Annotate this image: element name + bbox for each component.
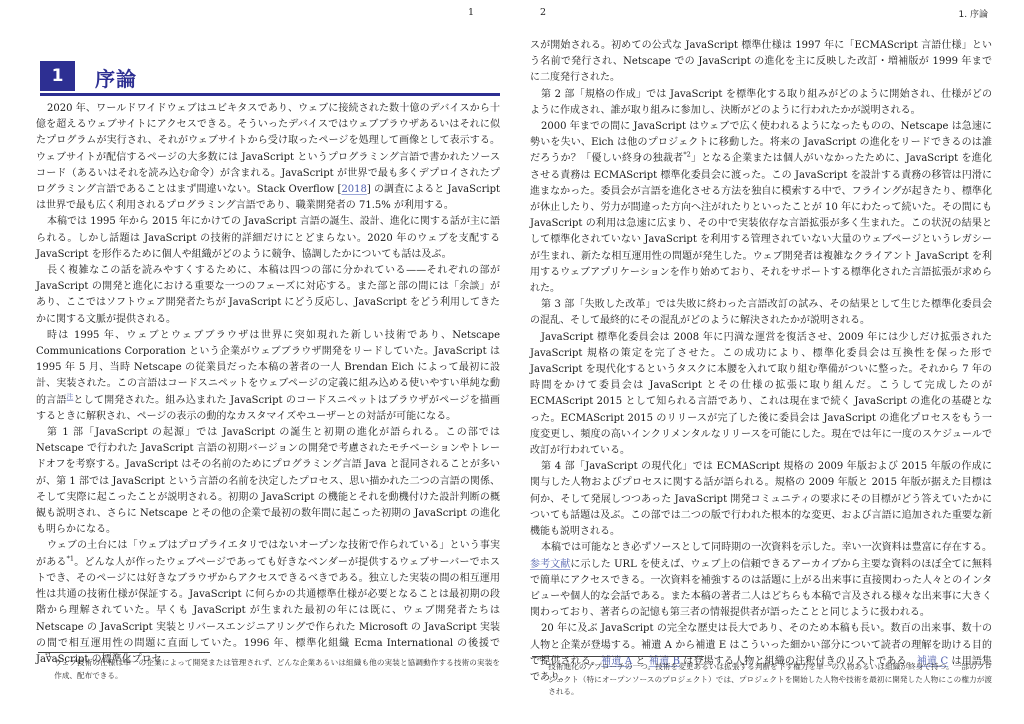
footnote-text: ウェブ技術の仕様は単一の企業によって開発または管理されず、どんな企業あるいは組織… bbox=[54, 657, 500, 682]
text-run: 2020 年、ワールドワイドウェブはユビキタスであり、ウェブに接続された数十億の… bbox=[36, 103, 500, 195]
left-footnote-area: *1 ウェブ技術の仕様は単一の企業によって開発または管理されず、どんな企業あるい… bbox=[36, 652, 500, 682]
paragraph: 第 4 部「JavaScript の現代化」では ECMAScript 規格の … bbox=[530, 459, 992, 540]
footnote-rule bbox=[38, 652, 210, 653]
chapter-rule bbox=[40, 93, 500, 96]
text-run: 第 3 部「失敗した改革」では失敗に終わった言語改訂の試み、その結果として生じた… bbox=[530, 299, 992, 326]
paragraph: JavaScript 標準化委員会は 2008 年に円満な運営を復活させ、200… bbox=[530, 330, 992, 460]
text-run: として開発された。組み込まれた JavaScript のコードスニペットはブラウ… bbox=[36, 395, 500, 422]
paragraph: スが開始される。初めての公式な JavaScript 標準仕様は 1997 年に… bbox=[530, 38, 992, 87]
text-run: 第 2 部「規格の作成」では JavaScript を標準化する取り組みがどのよ… bbox=[530, 89, 992, 116]
footnote-marker: *1 bbox=[45, 656, 51, 682]
text-run: 本稿では可能なとき必ずソースとして同時期の一次資料を示した。幸い一次資料は豊富に… bbox=[541, 542, 992, 553]
page-number-right: 2 bbox=[540, 7, 546, 18]
paragraph: 第 2 部「規格の作成」では JavaScript を標準化する取り組みがどのよ… bbox=[530, 87, 992, 119]
inline-link[interactable]: 2018 bbox=[341, 184, 366, 195]
paragraph: 時は 1995 年、ウェブとウェブブラウザは世界に突如現れた新しい技術であり、N… bbox=[36, 328, 500, 425]
page-number-left: 1 bbox=[468, 7, 474, 18]
paragraph: 本稿では 1995 年から 2015 年にかけての JavaScript 言語の… bbox=[36, 214, 500, 263]
chapter-title: 序論 bbox=[95, 63, 137, 92]
inline-link[interactable]: 参考文献 bbox=[530, 559, 570, 570]
right-footnote-area: *2 技術進化のアプローチの一つ。技術を変更あるいは拡張する判断を下す権力を単一… bbox=[530, 656, 992, 699]
footnote: *1 ウェブ技術の仕様は単一の企業によって開発または管理されず、どんな企業あるい… bbox=[36, 657, 500, 682]
right-page-body: スが開始される。初めての公式な JavaScript 標準仕様は 1997 年に… bbox=[530, 38, 992, 686]
paragraph: 第 3 部「失敗した改革」では失敗に終わった言語改訂の試み、その結果として生じた… bbox=[530, 297, 992, 329]
footnote-rule bbox=[532, 656, 704, 657]
running-header: 1. 序論 bbox=[959, 7, 988, 20]
footnote-text: 技術進化のアプローチの一つ。技術を変更あるいは拡張する判断を下す権力を単一の人物… bbox=[548, 661, 992, 699]
chapter-number-box: 1 bbox=[40, 61, 75, 91]
text-run: 長く複雑なこの話を読みやすくするために、本稿は四つの部に分かれている——それぞれ… bbox=[36, 265, 500, 325]
text-run: 。どんな人が作ったウェブページであっても好きなベンダーが提供するウェブサーバーで… bbox=[36, 557, 500, 665]
chapter-heading: 1 序論 bbox=[40, 61, 500, 92]
text-run: 第 4 部「JavaScript の現代化」では ECMAScript 規格の … bbox=[530, 461, 992, 537]
page-left: 1 1 序論 2020 年、ワールドワイドウェブはユビキタスであり、ウェブに接続… bbox=[36, 0, 500, 724]
paragraph: 2020 年、ワールドワイドウェブはユビキタスであり、ウェブに接続された数十億の… bbox=[36, 101, 500, 214]
page-right: 2 1. 序論 スが開始される。初めての公式な JavaScript 標準仕様は… bbox=[530, 0, 992, 724]
text-run: スが開始される。初めての公式な JavaScript 標準仕様は 1997 年に… bbox=[530, 40, 992, 83]
document-spread: 1 1 序論 2020 年、ワールドワイドウェブはユビキタスであり、ウェブに接続… bbox=[0, 0, 1024, 724]
paragraph: 2000 年までの間に JavaScript はウェブで広く使われるようになった… bbox=[530, 119, 992, 297]
text-run: JavaScript 標準化委員会は 2008 年に円満な運営を復活させ、200… bbox=[530, 332, 992, 456]
footnote-ref: *1 bbox=[67, 554, 74, 562]
footnote-marker: *2 bbox=[539, 660, 545, 699]
paragraph: 長く複雑なこの話を読みやすくするために、本稿は四つの部に分かれている——それぞれ… bbox=[36, 263, 500, 328]
text-run: 」となる企業または個人がいなかったために、JavaScript を進化させる責務… bbox=[530, 153, 992, 294]
footnote: *2 技術進化のアプローチの一つ。技術を変更あるいは拡張する判断を下す権力を単一… bbox=[530, 661, 992, 699]
left-page-body: 2020 年、ワールドワイドウェブはユビキタスであり、ウェブに接続された数十億の… bbox=[36, 101, 500, 668]
paragraph: 第 1 部「JavaScript の起源」では JavaScript の誕生と初… bbox=[36, 425, 500, 538]
text-run: 本稿では 1995 年から 2015 年にかけての JavaScript 言語の… bbox=[36, 216, 500, 259]
text-run: 第 1 部「JavaScript の起源」では JavaScript の誕生と初… bbox=[36, 427, 500, 535]
paragraph: 本稿では可能なとき必ずソースとして同時期の一次資料を示した。幸い一次資料は豊富に… bbox=[530, 540, 992, 621]
text-run: に示した URL を使えば、ウェブ上の信頼できるアーカイブから主要な資料のほぼ全… bbox=[530, 559, 992, 619]
footnote-ref: *2 bbox=[683, 151, 690, 159]
paragraph: ウェブの土台には「ウェブはプロプライエタリではないオープンな技術で作られている」… bbox=[36, 538, 500, 668]
